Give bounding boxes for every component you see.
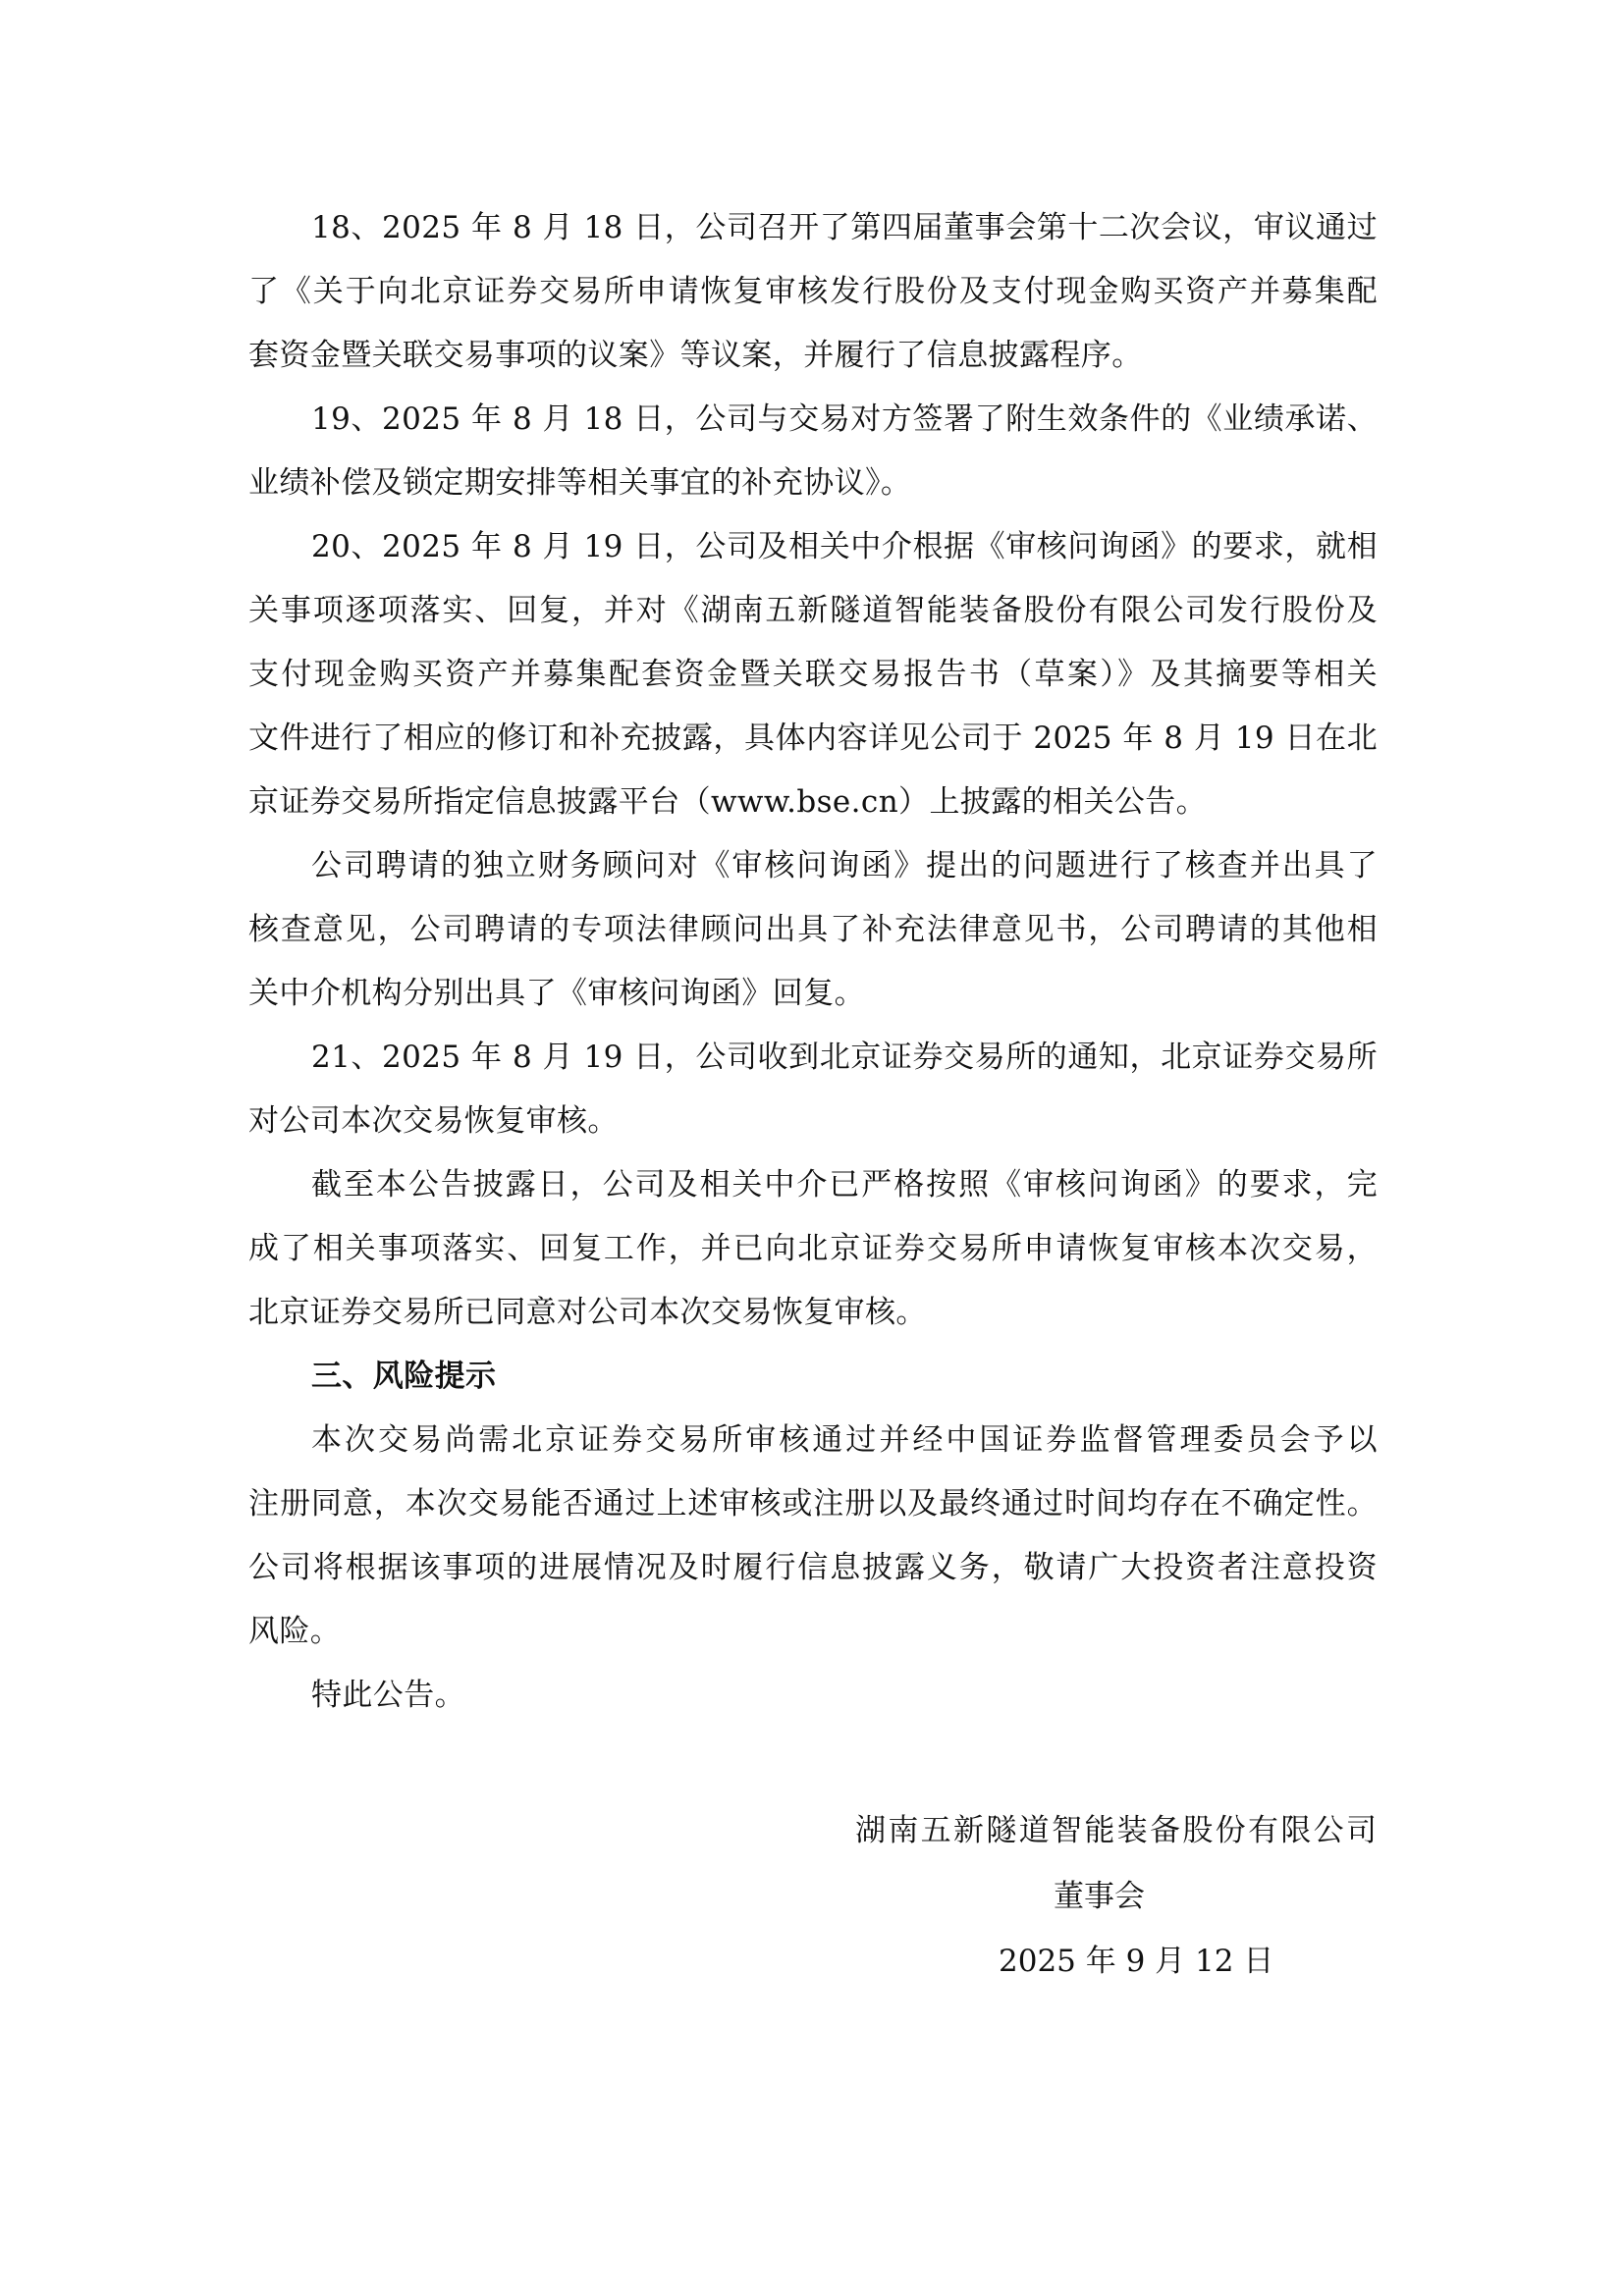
section-heading-risk: 三、风险提示: [248, 1345, 1378, 1409]
paragraph-line: 业绩补偿及锁定期安排等相关事宜的补充协议》。: [248, 452, 1378, 515]
paragraph-line: 21、2025 年 8 月 19 日，公司收到北京证券交易所的通知，北京证券交易…: [248, 1026, 1378, 1090]
paragraph-line: 京证券交易所指定信息披露平台（www.bse.cn）上披露的相关公告。: [248, 771, 1378, 834]
risk-paragraph-line: 本次交易尚需北京证券交易所审核通过并经中国证券监督管理委员会予以: [248, 1409, 1378, 1472]
document-body: 18、2025 年 8 月 18 日，公司召开了第四届董事会第十二次会议，审议通…: [248, 196, 1378, 1728]
closing-statement: 特此公告。: [248, 1664, 1378, 1728]
paragraph-line: 18、2025 年 8 月 18 日，公司召开了第四届董事会第十二次会议，审议通…: [248, 196, 1378, 260]
signature-date: 2025 年 9 月 12 日: [999, 1942, 1273, 1981]
paragraph-line: 文件进行了相应的修订和补充披露，具体内容详见公司于 2025 年 8 月 19 …: [248, 707, 1378, 771]
paragraph-line: 公司聘请的独立财务顾问对《审核问询函》提出的问题进行了核查并出具了: [248, 834, 1378, 898]
paragraph-line: 对公司本次交易恢复审核。: [248, 1090, 1378, 1153]
paragraph-line: 核查意见，公司聘请的专项法律顾问出具了补充法律意见书，公司聘请的其他相: [248, 898, 1378, 962]
paragraph-line: 成了相关事项落实、回复工作，并已向北京证券交易所申请恢复审核本次交易，: [248, 1217, 1378, 1281]
signature-board: 董事会: [1054, 1877, 1145, 1916]
risk-paragraph-line: 风险。: [248, 1600, 1378, 1664]
paragraph-line: 20、2025 年 8 月 19 日，公司及相关中介根据《审核问询函》的要求，就…: [248, 515, 1378, 579]
signature-company: 湖南五新隧道智能装备股份有限公司: [855, 1811, 1377, 1850]
document-page: 18、2025 年 8 月 18 日，公司召开了第四届董事会第十二次会议，审议通…: [0, 0, 1624, 2296]
paragraph-line: 截至本公告披露日，公司及相关中介已严格按照《审核问询函》的要求，完: [248, 1153, 1378, 1217]
risk-paragraph-line: 注册同意，本次交易能否通过上述审核或注册以及最终通过时间均存在不确定性。: [248, 1472, 1378, 1536]
paragraph-line: 关中介机构分别出具了《审核问询函》回复。: [248, 962, 1378, 1026]
paragraph-line: 支付现金购买资产并募集配套资金暨关联交易报告书（草案）》及其摘要等相关: [248, 643, 1378, 707]
paragraph-line: 关事项逐项落实、回复，并对《湖南五新隧道智能装备股份有限公司发行股份及: [248, 579, 1378, 643]
risk-paragraph-line: 公司将根据该事项的进展情况及时履行信息披露义务，敬请广大投资者注意投资: [248, 1536, 1378, 1600]
paragraph-line: 了《关于向北京证券交易所申请恢复审核发行股份及支付现金购买资产并募集配: [248, 260, 1378, 324]
paragraph-line: 19、2025 年 8 月 18 日，公司与交易对方签署了附生效条件的《业绩承诺…: [248, 388, 1378, 452]
paragraph-line: 北京证券交易所已同意对公司本次交易恢复审核。: [248, 1281, 1378, 1345]
paragraph-line: 套资金暨关联交易事项的议案》等议案，并履行了信息披露程序。: [248, 324, 1378, 388]
